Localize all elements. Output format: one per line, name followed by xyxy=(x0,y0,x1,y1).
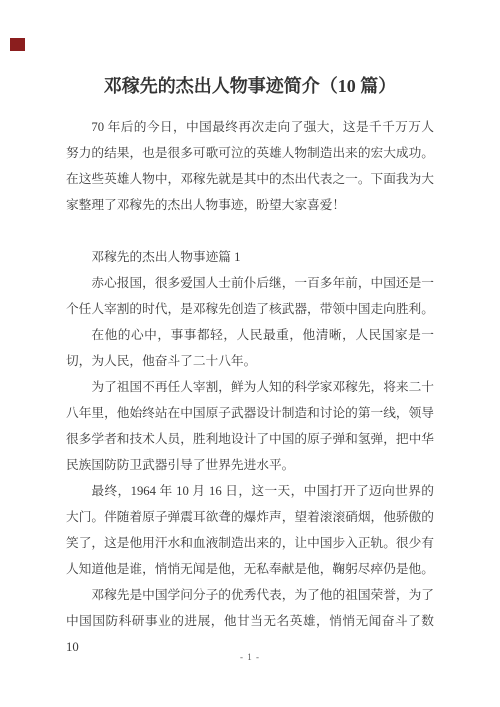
corner-accent-mark xyxy=(10,38,25,51)
paragraph-1964-explosion: 最终，1964 年 10 月 16 日，这一天，中国打开了迈向世界的大门。伴随着… xyxy=(66,478,434,582)
paragraph-heart: 在他的心中，事事都轻，人民最重，他清晰，人民国家是一切，为人民，他奋斗了二十八年… xyxy=(66,322,434,374)
document-page: 邓稼先的杰出人物事迹简介（10 篇） 70 年后的今日，中国最终再次走向了强大，… xyxy=(0,0,500,707)
paragraph-devotion: 赤心报国，很多爱国人士前仆后继，一百多年前，中国还是一个任人宰割的时代，是邓稼先… xyxy=(66,270,434,322)
document-title: 邓稼先的杰出人物事迹简介（10 篇） xyxy=(0,0,500,98)
page-number: - 1 - xyxy=(0,650,500,664)
paragraph-intro: 70 年后的今日，中国最终再次走向了强大，这是千千万万人努力的结果，也是很多可歌… xyxy=(66,114,434,218)
section-heading-part-1: 邓稼先的杰出人物事迹篇 1 xyxy=(66,244,434,270)
document-body: 70 年后的今日，中国最终再次走向了强大，这是千千万万人努力的结果，也是很多可歌… xyxy=(66,114,434,660)
paragraph-representative: 邓稼先是中国学问分子的优秀代表，为了他的祖国荣誉，为了中国国防科研事业的进展，他… xyxy=(66,582,434,660)
paragraph-career: 为了祖国不再任人宰割，鲜为人知的科学家邓稼先，将来二十八年里，他始终站在中国原子… xyxy=(66,374,434,478)
